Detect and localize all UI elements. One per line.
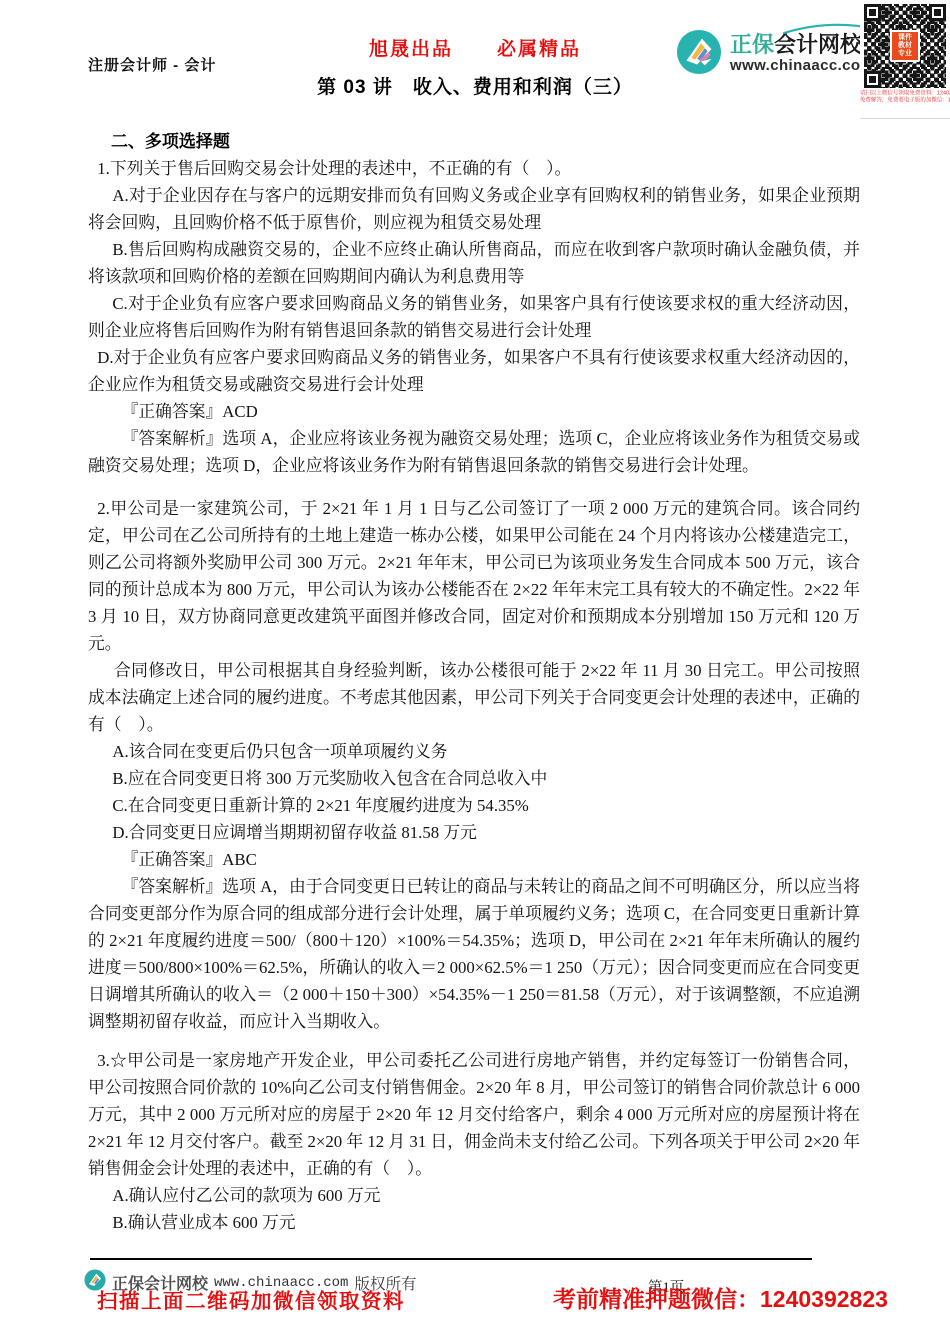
question-1-explanation: 『答案解析』选项 A，企业应将该业务视为融资交易处理；选项 C，企业应将该业务作…	[88, 425, 860, 479]
question-2-answer: 『正确答案』ABC	[88, 846, 860, 873]
brand-name-primary: 正保	[730, 32, 774, 57]
question-3-option-b: B.确认营业成本 600 万元	[88, 1209, 860, 1236]
question-3: 3.☆甲公司是一家房地产开发企业，甲公司委托乙公司进行房地产销售，并约定每签订一…	[88, 1047, 860, 1182]
qr-sticker: 课件 教材 专业 请扫以上微信号领取免费资料：1240392823 免费解答，免…	[860, 0, 950, 119]
footer-divider	[90, 1258, 812, 1260]
qr-center-badge: 课件 教材 专业	[890, 30, 920, 62]
question-2-option-b: B.应在合同变更日将 300 万元奖励收入包含在合同总收入中	[88, 765, 860, 792]
brand-text: 正保会计网校 www.chinaacc.com	[730, 29, 874, 74]
question-1-answer: 『正确答案』ACD	[88, 398, 860, 425]
question-1-option-c: C.对于企业负有应客户要求回购商品义务的销售业务，如果客户具有行使该要求权的重大…	[88, 290, 860, 344]
qr-finder-icon	[929, 4, 946, 21]
footer-promo-scan: 扫描上面二维码加微信领取资料	[97, 1284, 405, 1314]
qr-finder-icon	[864, 4, 881, 21]
question-2-option-d: D.合同变更日应调增当期期初留存收益 81.58 万元	[88, 819, 860, 846]
question-2: 2.甲公司是一家建筑公司，于 2×21 年 1 月 1 日与乙公司签订了一项 2…	[88, 495, 860, 657]
page-title: 第 03 讲 收入、费用和利润（三）	[0, 72, 950, 99]
question-3-option-a: A.确认应付乙公司的款项为 600 万元	[88, 1182, 860, 1209]
question-1-option-d: D.对于企业负有应客户要求回购商品义务的销售业务，如果客户不具有行使该要求权重大…	[88, 344, 860, 398]
question-2-option-c: C.在合同变更日重新计算的 2×21 年度履约进度为 54.35%	[88, 792, 860, 819]
question-2-explanation: 『答案解析』选项 A，由于合同变更日已转让的商品与未转让的商品之间不可明确区分，…	[88, 873, 860, 1035]
question-1: 1.下列关于售后回购交易会计处理的表述中，不正确的有（ ）。	[88, 155, 860, 182]
question-1-option-a: A.对于企业因存在与客户的远期安排而负有回购义务或企业享有回购权利的销售业务，如…	[88, 182, 860, 236]
section-heading: 二、多项选择题	[88, 128, 860, 155]
footer-promo-wechat: 考前精准押题微信：1240392823	[553, 1281, 888, 1314]
slogan-right: 必属精品	[497, 34, 581, 61]
slogan-left: 旭晟出品	[369, 34, 453, 61]
question-1-option-b: B.售后回购构成融资交易的，企业不应终止确认所售商品，而应在收到客户款项时确认金…	[88, 236, 860, 290]
document-body: 二、多项选择题 1.下列关于售后回购交易会计处理的表述中，不正确的有（ ）。 A…	[88, 128, 860, 1236]
question-2-continued: 合同修改日，甲公司根据其自身经验判断，该办公楼很可能于 2×22 年 11 月 …	[88, 657, 860, 738]
brand-name-secondary: 会计网校	[774, 32, 862, 57]
question-2-option-a: A.该合同在变更后仍只包含一项单项履约义务	[88, 738, 860, 765]
